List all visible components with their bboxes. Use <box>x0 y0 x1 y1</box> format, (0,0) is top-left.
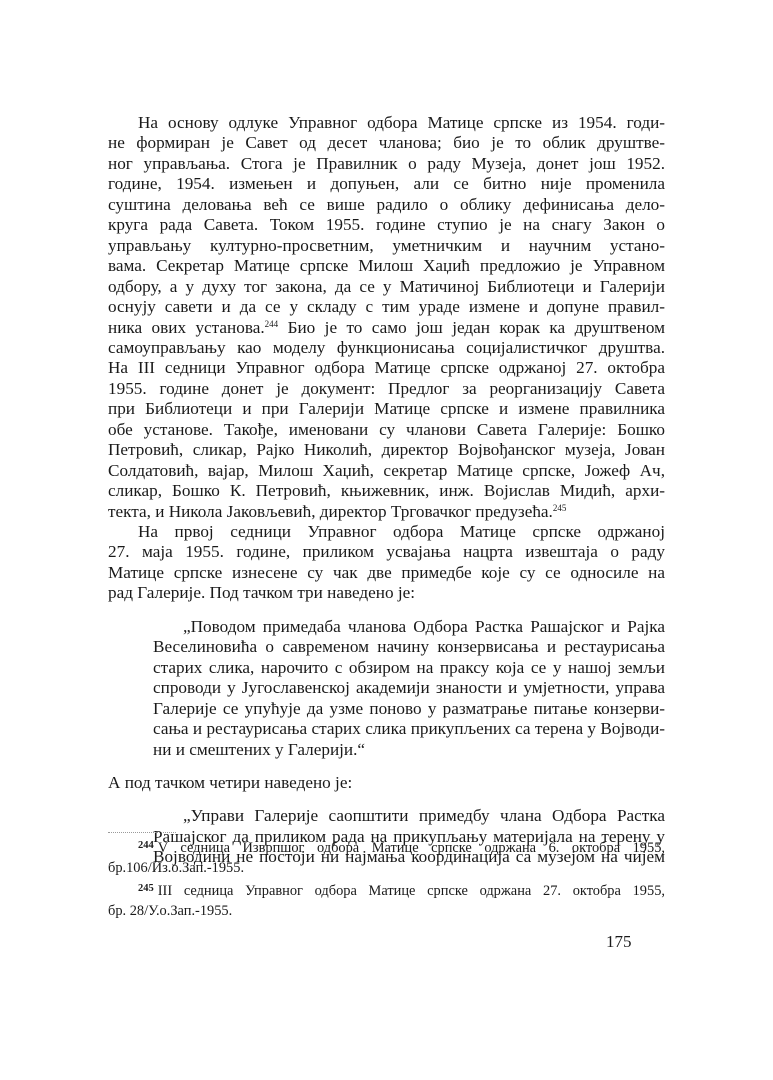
footnote-text: III седница Управног одбора Матице српск… <box>158 883 665 899</box>
book-page: На основу одлуке Управног одбора Матице … <box>0 0 773 1080</box>
footnote-text-continued: бр.106/Из.о.Зап.-1955. <box>108 858 665 878</box>
body-text-line: сликар, Бошко К. Петровић, књижевник, ин… <box>108 481 665 501</box>
body-text-line: године, 1954. измењен и допуњен, али се … <box>108 174 665 194</box>
block-quote-line: сања и рестаурисања старих слика прикупљ… <box>153 719 665 739</box>
body-text-line: 27. маја 1955. године, приликом усвајања… <box>108 542 665 562</box>
footnote-reference[interactable]: 245 <box>553 503 567 513</box>
body-text-line: Матице српске изнесене су чак две примед… <box>108 563 665 583</box>
footnote-text-continued: бр. 28/У.о.Зап.-1955. <box>108 901 665 921</box>
body-text-line: оснују савети и да се у складу с тим ура… <box>108 297 665 317</box>
body-text-line: А под тачком четири наведено је: <box>108 773 665 793</box>
body-text-line: суштина деловања већ се више радило о об… <box>108 195 665 215</box>
block-quote-line: Веселиновића о савременом начину конзерв… <box>153 637 665 657</box>
body-text-line: На основу одлуке Управног одбора Матице … <box>138 113 665 133</box>
body-text-line: ног управљања. Стога је Правилник о раду… <box>108 154 665 174</box>
body-text-line: круга рада Савета. Током 1955. године ст… <box>108 215 665 235</box>
body-text-line: одбору, а у духу тог закона, да се у Мат… <box>108 277 665 297</box>
block-quote-line: Галерије се упућује да узме поново у раз… <box>153 699 665 719</box>
body-text-line: текта, и Никола Јаковљевић, директор Трг… <box>108 502 665 522</box>
block-quote-line: ни и смештених у Галерији.“ <box>153 740 665 760</box>
block-quote-line: „Управи Галерије саопштити примедбу члан… <box>183 806 665 826</box>
footnote-text: V седница Изврпшог одбора Матице српске … <box>158 840 665 856</box>
footnote-number: 244 <box>138 840 154 851</box>
body-text-line: не формиран је Савет од десет чланова; б… <box>108 133 665 153</box>
body-text-line: рад Галерије. Под тачком три наведено је… <box>108 583 665 603</box>
block-quote-line: старих слика, нарочито с обзиром на прак… <box>153 658 665 678</box>
body-text-line: На III седници Управног одбора Матице ср… <box>108 358 665 378</box>
body-text-line: На првој седници Управног одбора Матице … <box>138 522 665 542</box>
block-quote-line: спроводи у Југославенској академији знан… <box>153 678 665 698</box>
body-text-line: Солдатовић, вајар, Милош Хаџић, секретар… <box>108 461 665 481</box>
body-text-line: вама. Секретар Матице српске Милош Хаџић… <box>108 256 665 276</box>
text-segment: текта, и Никола Јаковљевић, директор Трг… <box>108 502 553 521</box>
page-number: 175 <box>606 932 632 952</box>
footnote-separator <box>108 832 176 833</box>
text-segment: Био је то само још један корак ка друштв… <box>278 318 665 337</box>
footnote-244: 244V седница Изврпшог одбора Матице српс… <box>138 838 665 858</box>
block-quote-line: „Поводом примедаба чланова Одбора Растка… <box>183 617 665 637</box>
body-text-line: обе установе. Такође, именовани су члано… <box>108 420 665 440</box>
footnote-number: 245 <box>138 883 154 894</box>
footnote-reference[interactable]: 244 <box>265 319 279 329</box>
body-text-line: ника ових установа.244 Био је то само јо… <box>108 318 665 338</box>
body-text-line: при Библиотеци и при Галерији Матице срп… <box>108 399 665 419</box>
body-text-line: самоуправљању као моделу функционисања с… <box>108 338 665 358</box>
body-text-line: 1955. године донет је документ: Предлог … <box>108 379 665 399</box>
footnote-245: 245III седница Управног одбора Матице ср… <box>138 881 665 901</box>
text-segment: ника ових установа. <box>108 318 265 337</box>
body-text-line: управљању културно-просветним, уметнички… <box>108 236 665 256</box>
body-text-line: Петровић, сликар, Рајко Николић, директо… <box>108 440 665 460</box>
